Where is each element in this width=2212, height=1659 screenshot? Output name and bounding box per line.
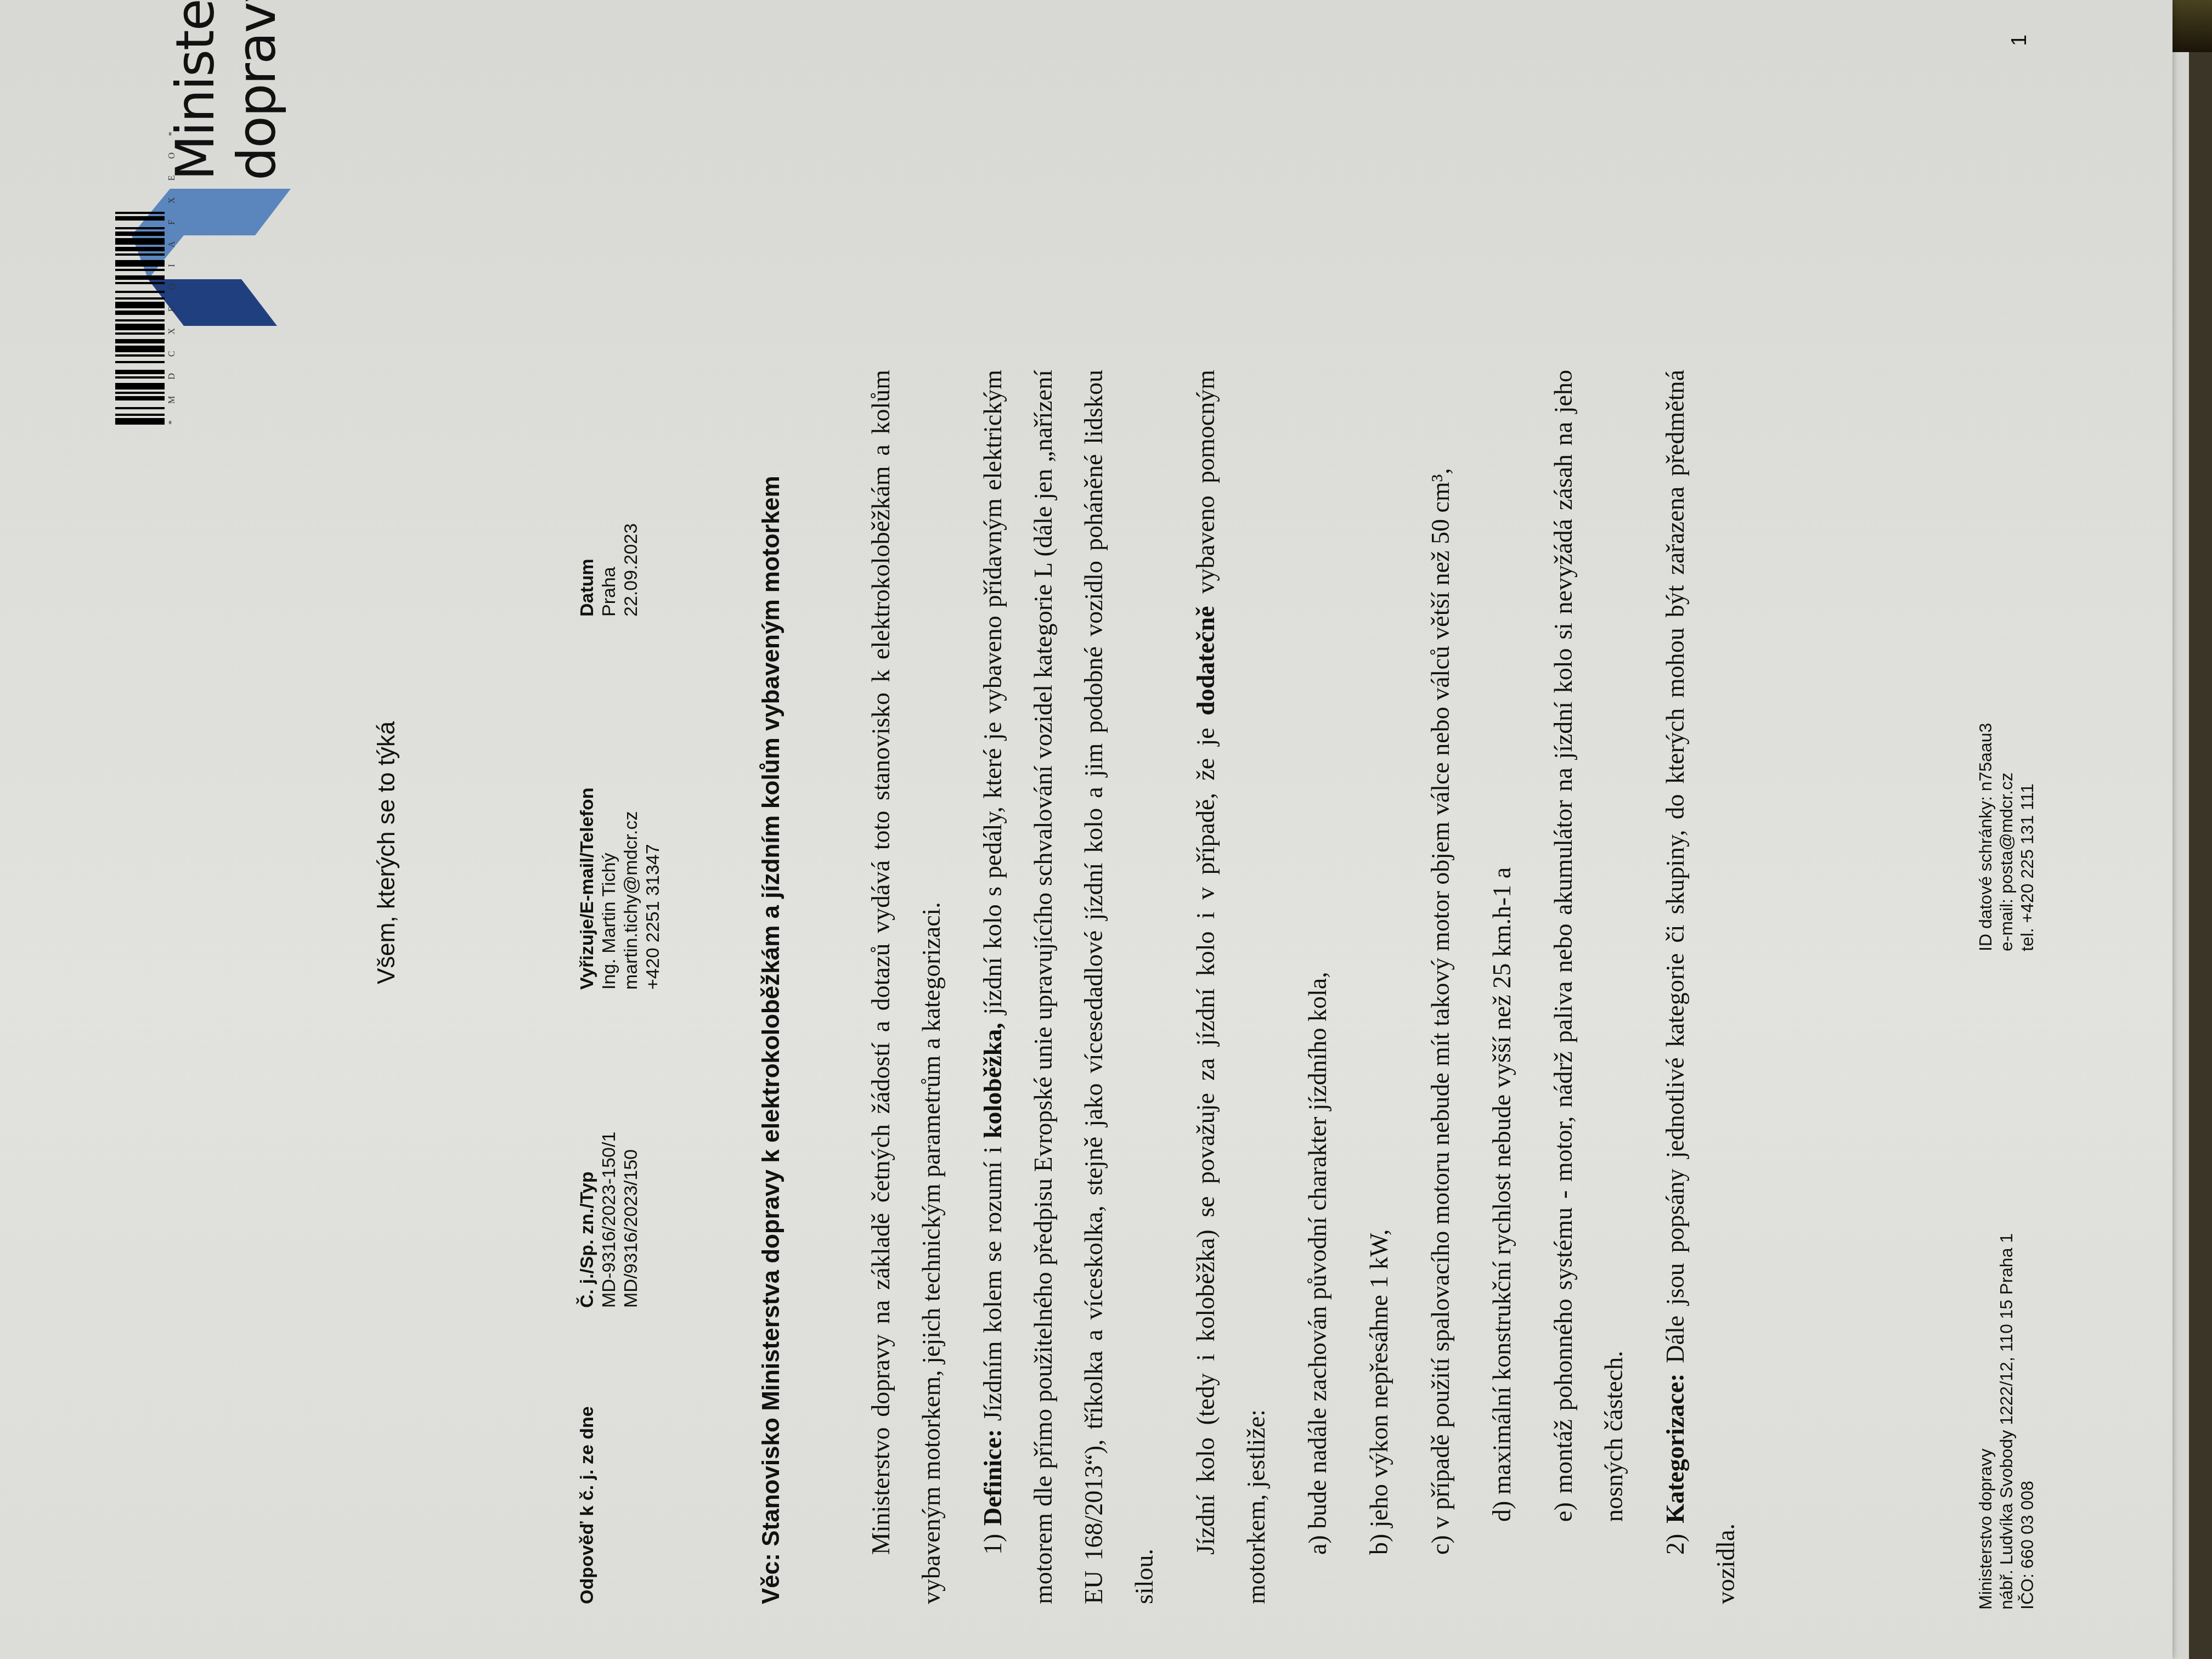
barcode-text: *MDCXEQIAFXEO* (167, 41, 177, 425)
subject-prefix: Věc: (758, 1553, 785, 1604)
condition-item: d) maximální konstrukční rychlost nebude… (1477, 370, 1527, 1604)
meta-date-label: Datum (576, 523, 598, 617)
categorization-label: Kategorizace: (1661, 1374, 1689, 1523)
meta-handler-email: martin.tichy@mdcr.cz (620, 788, 642, 990)
meta-handler-name: Ing. Martin Tichý (598, 788, 620, 990)
intro-paragraph: Ministerstvo dopravy na základě četných … (856, 370, 957, 1604)
definition-term: koloběžka, (979, 1023, 1007, 1138)
addressee: Všem, kterých se to týká (373, 721, 400, 984)
footer-line: Ministerstvo dopravy (1975, 1233, 1996, 1610)
page-number: 1 (2008, 35, 2032, 46)
meta-handler: Vyřizuje/E-mail/Telefon Ing. Martin Tich… (576, 788, 664, 990)
subject-heading: Věc: Stanovisko Ministerstva dopravy k e… (757, 397, 786, 1604)
condition-item: e) montáž pohonného systému - motor, nád… (1538, 370, 1639, 1604)
condition-intro-paragraph: Jízdní kolo (tedy i koloběžka) se považu… (1181, 370, 1282, 1604)
condition-item: a) bude nadále zachován původní charakte… (1293, 370, 1343, 1604)
meta-date-value: 22.09.2023 (620, 523, 642, 617)
meta-reference-value: MD-9316/2023-150/1 (598, 1132, 620, 1308)
categorization-number: 2) (1661, 1534, 1689, 1555)
footer-line: ID datové schránky: n75aau3 (1975, 723, 1996, 951)
footer-line: IČO: 660 03 008 (2017, 1233, 2038, 1610)
meta-date: Datum Praha 22.09.2023 (576, 523, 642, 617)
meta-reference-label: Č. j./Sp. zn./Typ (576, 1132, 598, 1308)
meta-reference: Č. j./Sp. zn./Typ MD-9316/2023-150/1 MD/… (576, 1132, 642, 1308)
meta-reply-to: Odpověď k č. j. ze dne (576, 1406, 598, 1604)
meta-reference-value: MD/9316/2023/150 (620, 1132, 642, 1308)
condition-item: b) jeho výkon nepřesáhne 1 kW, (1354, 370, 1404, 1604)
footer-contact: ID datové schránky: n75aau3 e-mail: post… (1975, 723, 2038, 951)
condition-item: c) v případě použití spalovacího motoru … (1415, 370, 1466, 1604)
meta-reply-to-label: Odpověď k č. j. ze dne (576, 1406, 598, 1604)
document-photo: Ministerstvo dopravy *MDCXEQIAFXEO* Všem… (0, 0, 2212, 1659)
barcode-icon (115, 41, 165, 425)
footer-line: nábř. Ludvíka Svobody 1222/12, 110 15 Pr… (1996, 1233, 2017, 1610)
condition-intro-term: dodatečně (1192, 606, 1220, 715)
definition-number: 1) (979, 1534, 1007, 1555)
footer-line: e-mail: posta@mdcr.cz (1996, 723, 2017, 951)
definition-text: Jízdním kolem se rozumí i (979, 1147, 1007, 1421)
meta-date-place: Praha (598, 523, 620, 617)
meta-handler-phone: +420 2251 31347 (642, 788, 664, 990)
meta-handler-label: Vyřizuje/E-mail/Telefon (576, 788, 598, 990)
document-page: Ministerstvo dopravy *MDCXEQIAFXEO* Všem… (0, 0, 2172, 1659)
definition-label: Definice: (979, 1429, 1007, 1526)
definition-paragraph: 1) Definice: Jízdním kolem se rozumí i k… (968, 370, 1170, 1604)
letter-body: Ministerstvo dopravy na základě četných … (856, 370, 1762, 1604)
subject-text: Stanovisko Ministerstva dopravy k elektr… (758, 476, 785, 1546)
footer-line: tel. +420 225 131 111 (2017, 723, 2038, 951)
categorization-paragraph: 2) Kategorizace: Dále jsou popsány jedno… (1650, 370, 1751, 1604)
footer-address: Ministerstvo dopravy nábř. Ludvíka Svobo… (1975, 1233, 2038, 1610)
organization-name: Ministerstvo dopravy (165, 0, 287, 180)
condition-intro-text: Jízdní kolo (tedy i koloběžka) se považu… (1192, 727, 1220, 1555)
